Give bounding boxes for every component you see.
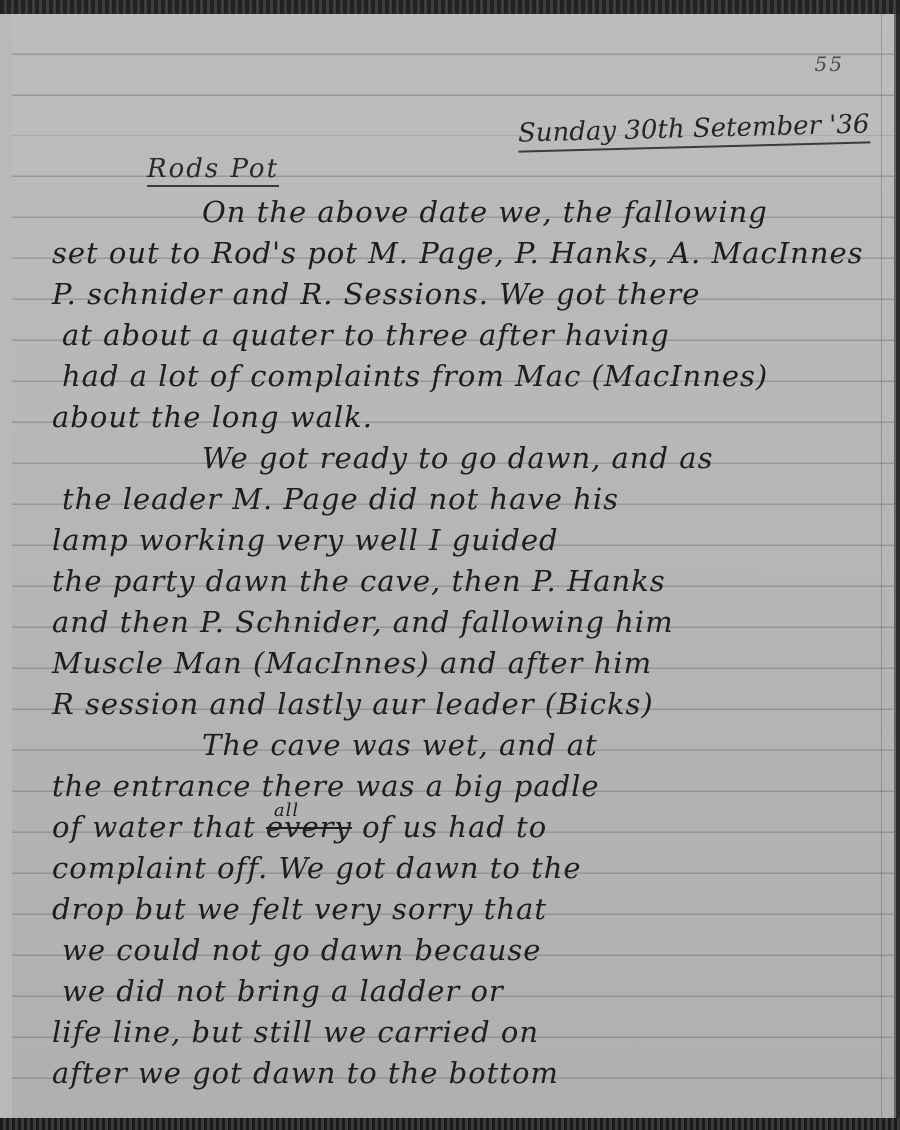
entry-title: Rods Pot xyxy=(147,154,279,187)
text-line: life line, but still we carried on xyxy=(52,1012,892,1053)
text-line: we did not bring a ladder or xyxy=(52,971,892,1012)
text-line: complaint off. We got dawn to the xyxy=(52,848,892,889)
text-line: the entrance there was a big padle xyxy=(52,766,892,807)
binding-bottom-edge xyxy=(0,1118,900,1130)
text-line: The cave was wet, and at xyxy=(52,725,892,766)
text-line: the party dawn the cave, then P. Hanks xyxy=(52,561,892,602)
text-line: and then P. Schnider, and fallowing him xyxy=(52,602,892,643)
inserted-correction: all xyxy=(274,790,299,831)
text-line: P. schnider and R. Sessions. We got ther… xyxy=(52,274,892,315)
text-fragment: of us had to xyxy=(352,810,547,844)
text-line: drop but we felt very sorry that xyxy=(52,889,892,930)
text-line: about the long walk. xyxy=(52,397,892,438)
text-line: We got ready to go dawn, and as xyxy=(52,438,892,479)
text-line: On the above date we, the fallowing xyxy=(52,192,892,233)
binding-top-edge xyxy=(0,0,900,14)
page-number: 55 xyxy=(815,52,844,76)
struck-word: allevery xyxy=(266,810,352,844)
text-line: we could not go dawn because xyxy=(52,930,892,971)
text-fragment: of water that xyxy=(52,810,266,844)
scanned-notebook-page: 55 Sunday 30th Setember '36 Rods Pot On … xyxy=(0,0,900,1130)
text-line: set out to Rod's pot M. Page, P. Hanks, … xyxy=(52,233,892,274)
notebook-page: 55 Sunday 30th Setember '36 Rods Pot On … xyxy=(12,14,896,1122)
text-line: after we got dawn to the bottom xyxy=(52,1053,892,1094)
text-line: had a lot of complaints from Mac (MacInn… xyxy=(52,356,892,397)
text-line-with-correction: of water that allevery of us had to xyxy=(52,807,892,848)
entry-body: On the above date we, the fallowing set … xyxy=(52,192,892,1094)
text-line: at about a quater to three after having xyxy=(52,315,892,356)
text-line: Muscle Man (MacInnes) and after him xyxy=(52,643,892,684)
text-line: lamp working very well I guided xyxy=(52,520,892,561)
text-line: the leader M. Page did not have his xyxy=(52,479,892,520)
text-line: R session and lastly aur leader (Bicks) xyxy=(52,684,892,725)
